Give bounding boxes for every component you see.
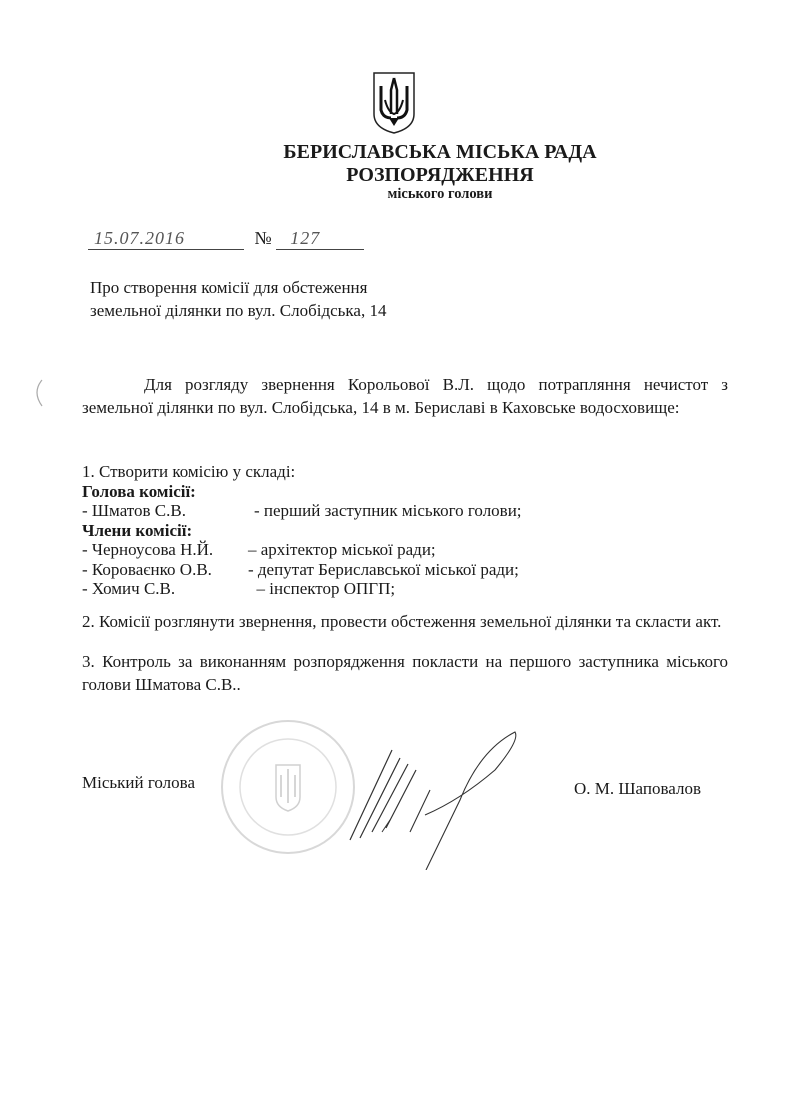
subject-line-2: земельної ділянки по вул. Слобідська, 14	[90, 299, 386, 322]
signatory-position: Міський голова	[82, 773, 195, 793]
commission-list: 1. Створити комісію у складі: Голова ком…	[82, 462, 522, 599]
item-1: 1. Створити комісію у складі:	[82, 462, 522, 482]
head-row: - Шматов С.В. - перший заступник міськог…	[82, 501, 522, 521]
item-2: 2. Комісії розглянути звернення, провест…	[82, 611, 728, 634]
number-sign: №	[255, 228, 272, 248]
council-name: БЕРИСЛАВСЬКА МІСЬКА РАДА	[40, 141, 800, 164]
signatory-name: О. М. Шаповалов	[574, 779, 701, 799]
handwritten-signature	[330, 720, 550, 870]
member-role: - депутат Бериславської міської ради;	[248, 560, 519, 580]
member-name: - Хомич С.В.	[82, 579, 248, 599]
intro-text: Для розгляду звернення Корольової В.Л. щ…	[82, 375, 728, 417]
member-role: – архітектор міської ради;	[248, 540, 436, 560]
head-label: Голова комісії:	[82, 482, 522, 502]
member-row: - Короваєнко О.В. - депутат Бериславсько…	[82, 560, 522, 580]
member-row: - Хомич С.В. – інспектор ОПГП;	[82, 579, 522, 599]
members-label: Члени комісії:	[82, 521, 522, 541]
document-type: РОЗПОРЯДЖЕННЯ	[40, 164, 800, 187]
member-role: - перший заступник міського голови;	[248, 501, 522, 521]
document-number: 127	[276, 228, 364, 250]
subject-line-1: Про створення комісії для обстеження	[90, 276, 386, 299]
trident-coat-of-arms-icon	[371, 70, 417, 136]
item-3: 3. Контроль за виконанням розпорядження …	[82, 651, 728, 696]
date-number-line: 15.07.2016 № 127	[88, 228, 364, 250]
intro-paragraph: Для розгляду звернення Корольової В.Л. щ…	[82, 374, 728, 419]
member-role: – інспектор ОПГП;	[248, 579, 395, 599]
member-name: - Короваєнко О.В.	[82, 560, 248, 580]
margin-mark	[28, 378, 48, 408]
document-subject: Про створення комісії для обстеження зем…	[90, 276, 386, 322]
member-name: - Шматов С.В.	[82, 501, 248, 521]
issuer: міського голови	[40, 186, 800, 203]
member-name: - Черноусова Н.Й.	[82, 540, 248, 560]
member-row: - Черноусова Н.Й. – архітектор міської р…	[82, 540, 522, 560]
document-date: 15.07.2016	[88, 228, 244, 250]
